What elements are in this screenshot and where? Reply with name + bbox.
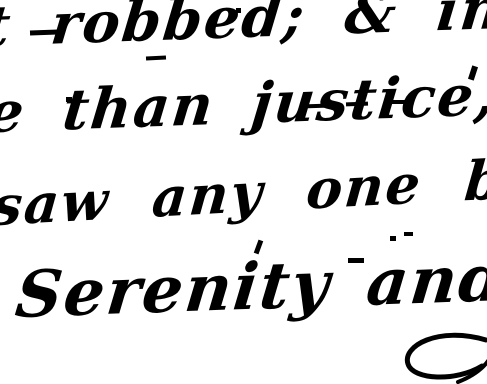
- ink-speck: [392, 100, 406, 104]
- handwriting-line-3: saw any one be: [0, 145, 487, 238]
- ink-speck: [236, 8, 241, 13]
- handwriting-line-1: t robbed; & indee: [0, 0, 487, 60]
- ink-speck: [390, 236, 396, 241]
- handwriting-line-4: Serenity and fo: [12, 237, 487, 333]
- ink-speck: [346, 102, 368, 107]
- ink-speck: [348, 258, 364, 263]
- ink-speck: [30, 30, 58, 36]
- handwriting-line-2: e than justice,: [0, 62, 487, 146]
- cutoff-flourish-loop: [398, 332, 487, 384]
- manuscript-page: t robbed; & indee e than justice, saw an…: [0, 0, 487, 384]
- ink-speck: [146, 55, 166, 60]
- ink-speck: [66, 97, 72, 102]
- ink-speck: [404, 232, 413, 236]
